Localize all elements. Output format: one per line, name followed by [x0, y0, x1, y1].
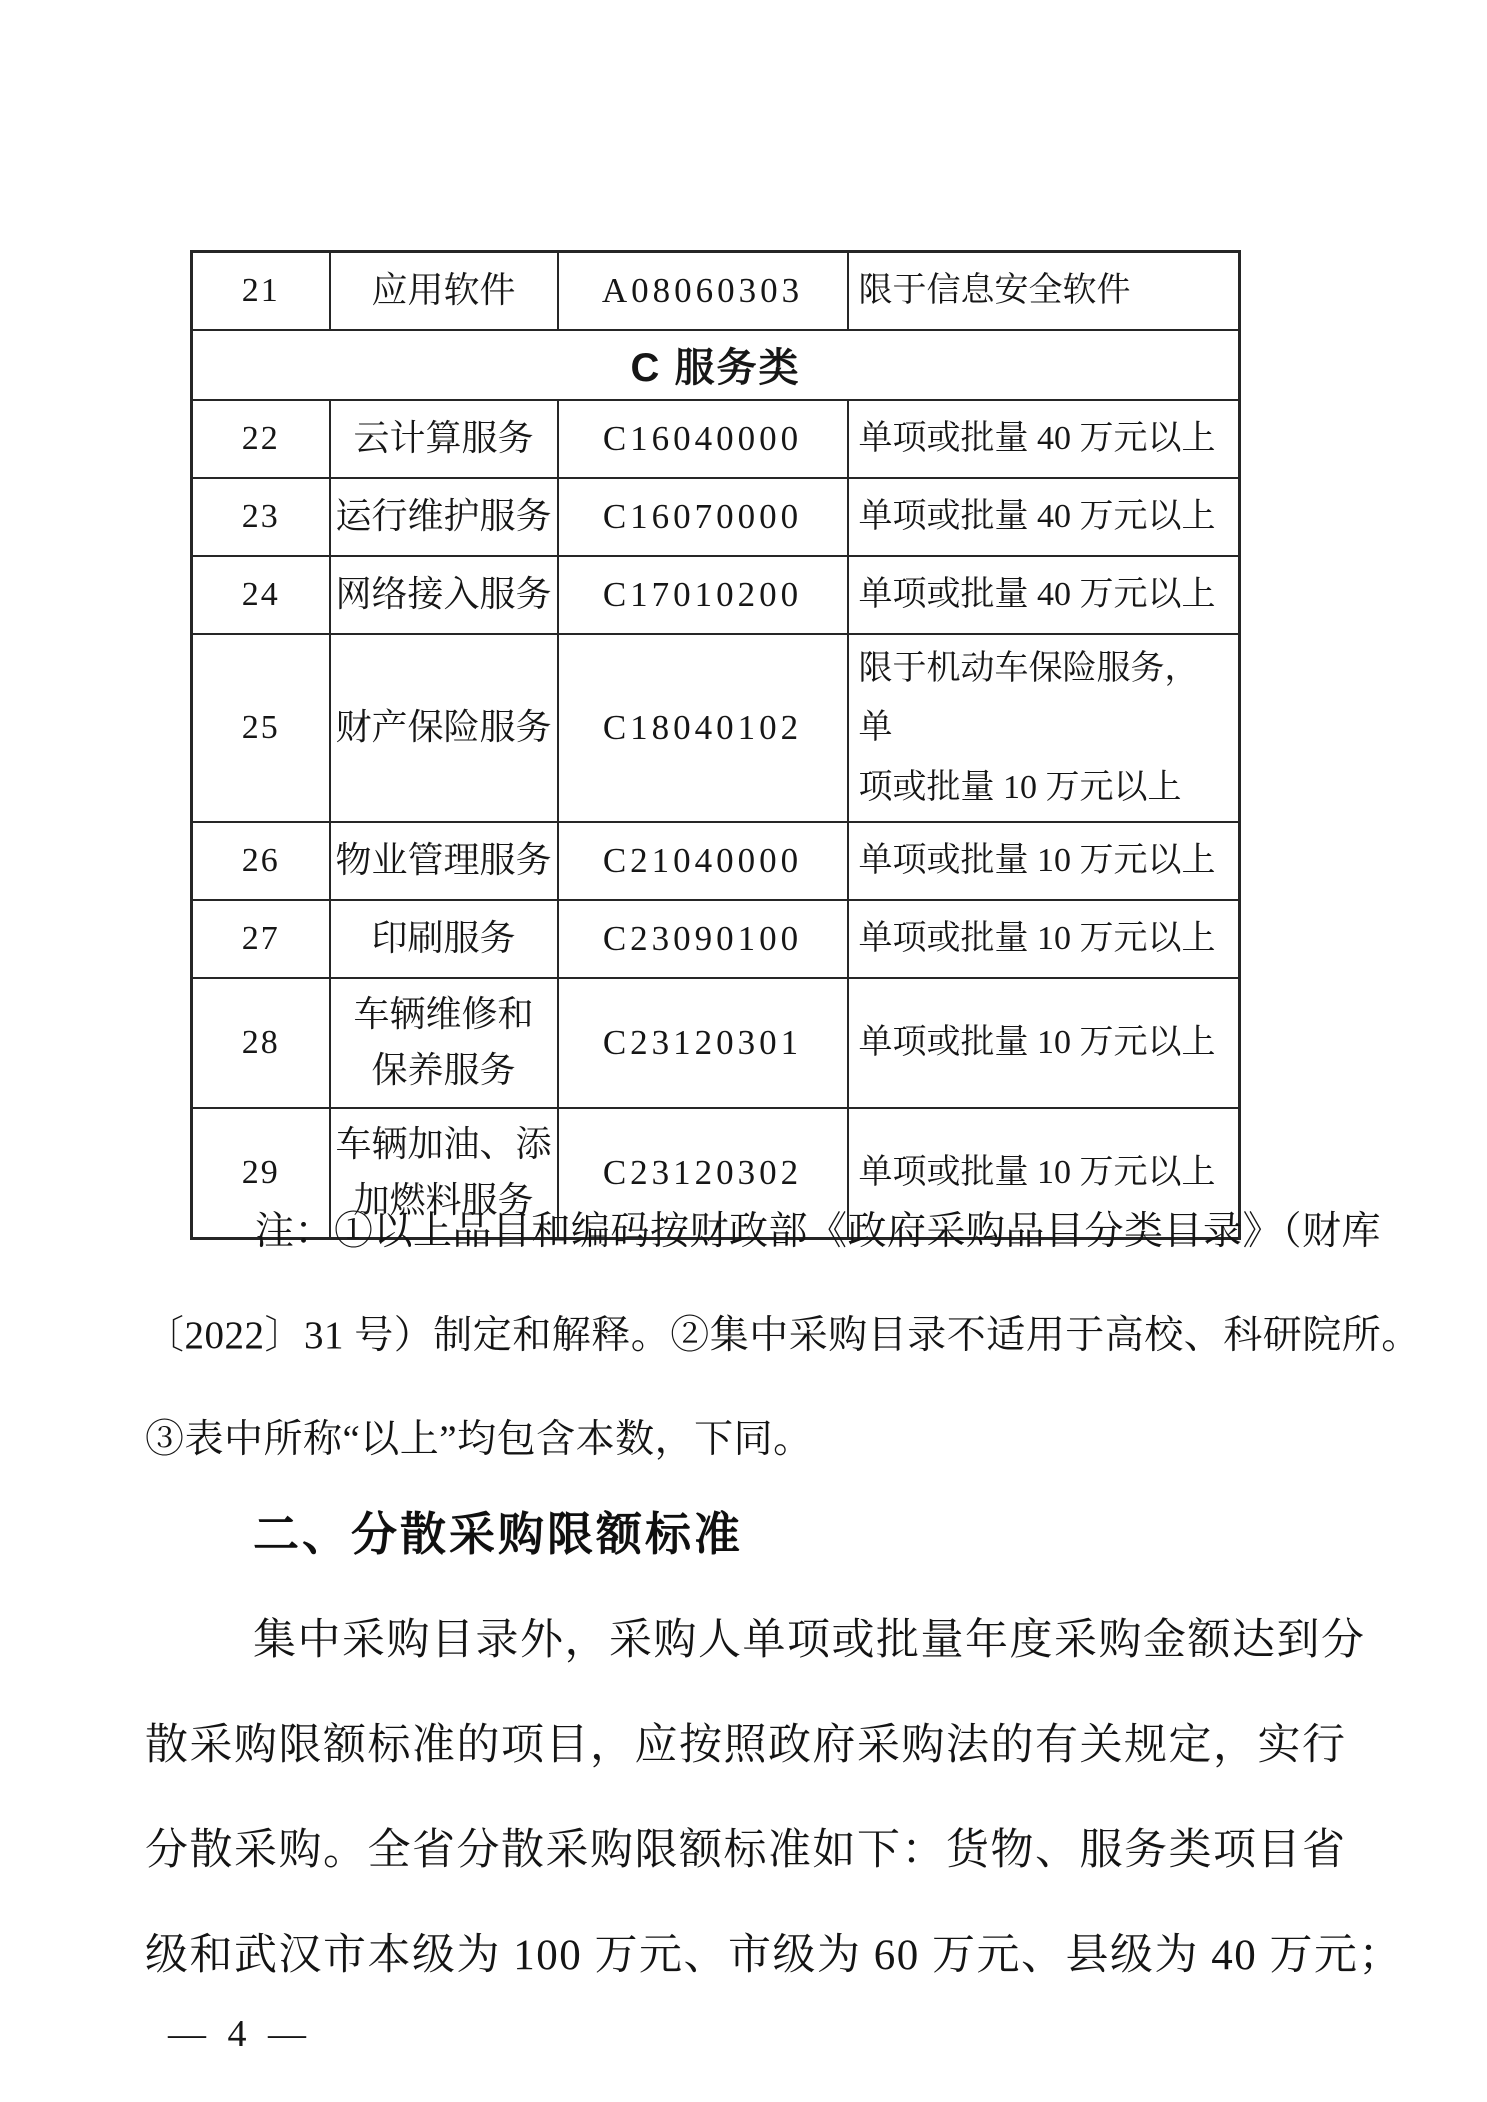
page-number: — 4 — — [168, 2012, 312, 2056]
row-number-cell: 26 — [192, 822, 330, 900]
item-name-cell: 印刷服务 — [330, 900, 558, 978]
item-code-cell: C16070000 — [558, 478, 848, 556]
notes-line: 〔2022〕31 号）制定和解释。②集中采购目录不适用于高校、科研院所。 — [145, 1284, 1360, 1388]
item-code-cell: C17010200 — [558, 556, 848, 634]
notes-line: 注：①以上品目和编码按财政部《政府采购品目分类目录》（财库 — [145, 1180, 1360, 1284]
item-name-cell: 网络接入服务 — [330, 556, 558, 634]
row-number-cell: 28 — [192, 978, 330, 1108]
item-note-cell: 单项或批量 10 万元以上 — [848, 900, 1240, 978]
item-code-cell: C18040102 — [558, 634, 848, 823]
item-note-cell: 单项或批量 40 万元以上 — [848, 478, 1240, 556]
category-header-row: C 服务类 — [192, 330, 1240, 400]
body-paragraph: 集中采购目录外，采购人单项或批量年度采购金额达到分 散采购限额标准的项目，应按照… — [145, 1588, 1360, 2008]
table-row: 28 车辆维修和 保养服务 C23120301 单项或批量 10 万元以上 — [192, 978, 1240, 1108]
section-heading: 二、分散采购限额标准 — [253, 1498, 743, 1564]
item-note-cell: 单项或批量 40 万元以上 — [848, 400, 1240, 478]
row-number-cell: 22 — [192, 400, 330, 478]
item-note-cell: 限于机动车保险服务，单 项或批量 10 万元以上 — [848, 634, 1240, 823]
item-name-cell: 云计算服务 — [330, 400, 558, 478]
item-code-cell: C21040000 — [558, 822, 848, 900]
item-note-cell: 单项或批量 10 万元以上 — [848, 978, 1240, 1108]
table-row: 25 财产保险服务 C18040102 限于机动车保险服务，单 项或批量 10 … — [192, 634, 1240, 823]
paragraph-line: 分散采购。全省分散采购限额标准如下：货物、服务类项目省 — [145, 1798, 1360, 1903]
item-name-cell: 运行维护服务 — [330, 478, 558, 556]
item-note-cell: 单项或批量 40 万元以上 — [848, 556, 1240, 634]
item-note-cell: 单项或批量 10 万元以上 — [848, 822, 1240, 900]
row-number-cell: 21 — [192, 252, 330, 330]
paragraph-line: 级和武汉市本级为 100 万元、市级为 60 万元、县级为 40 万元； — [145, 1903, 1360, 2008]
item-code-cell: C23120301 — [558, 978, 848, 1108]
paragraph-line: 集中采购目录外，采购人单项或批量年度采购金额达到分 — [145, 1588, 1360, 1693]
item-name-cell: 财产保险服务 — [330, 634, 558, 823]
table-row: 22 云计算服务 C16040000 单项或批量 40 万元以上 — [192, 400, 1240, 478]
item-note-cell: 限于信息安全软件 — [848, 252, 1240, 330]
item-name-cell: 物业管理服务 — [330, 822, 558, 900]
row-number-cell: 27 — [192, 900, 330, 978]
table-row: 21 应用软件 A08060303 限于信息安全软件 — [192, 252, 1240, 330]
item-name-cell: 车辆维修和 保养服务 — [330, 978, 558, 1108]
row-number-cell: 25 — [192, 634, 330, 823]
table-row: 27 印刷服务 C23090100 单项或批量 10 万元以上 — [192, 900, 1240, 978]
document-page: 21 应用软件 A08060303 限于信息安全软件 C 服务类 22 云计算服… — [0, 0, 1487, 2102]
row-number-cell: 24 — [192, 556, 330, 634]
paragraph-line: 散采购限额标准的项目，应按照政府采购法的有关规定，实行 — [145, 1693, 1360, 1798]
table-row: 24 网络接入服务 C17010200 单项或批量 40 万元以上 — [192, 556, 1240, 634]
row-number-cell: 23 — [192, 478, 330, 556]
notes-paragraph: 注：①以上品目和编码按财政部《政府采购品目分类目录》（财库 〔2022〕31 号… — [145, 1180, 1360, 1492]
procurement-catalog-table: 21 应用软件 A08060303 限于信息安全软件 C 服务类 22 云计算服… — [190, 250, 1241, 1240]
table-row: 23 运行维护服务 C16070000 单项或批量 40 万元以上 — [192, 478, 1240, 556]
item-name-cell: 应用软件 — [330, 252, 558, 330]
category-header: C 服务类 — [192, 330, 1240, 400]
table-row: 26 物业管理服务 C21040000 单项或批量 10 万元以上 — [192, 822, 1240, 900]
item-code-cell: C23090100 — [558, 900, 848, 978]
item-code-cell: C16040000 — [558, 400, 848, 478]
notes-line: ③表中所称“以上”均包含本数，下同。 — [145, 1388, 1360, 1492]
item-code-cell: A08060303 — [558, 252, 848, 330]
